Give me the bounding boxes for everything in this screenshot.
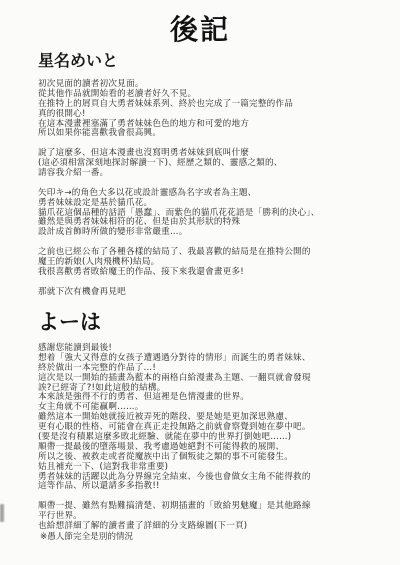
section-yoha: よーは 感謝您能讀到最後!想着「強大又得意的女孩子遭遇過分對待的情形」而誕生的勇… xyxy=(38,306,390,532)
text-line: 設計成首飾時所做的變形非常嚴重…。 xyxy=(38,228,390,238)
section-hoshina-meito: 星名めいと 初次見面的讀者初次見面。從其他作品就開始看的老讀者好久不見。在推特上… xyxy=(38,48,390,298)
author-1-text: 初次見面的讀者初次見面。從其他作品就開始看的老讀者好久不見。在推特上的屑頁自大勇… xyxy=(38,80,390,298)
text-line: 請容我介紹一番。 xyxy=(38,169,390,179)
author-name-2: よーは xyxy=(38,306,390,336)
april-fools-footnote: ※愚人節完全是別的情況 xyxy=(40,530,133,542)
page-title: 後記 xyxy=(0,8,400,48)
text-line: 順帶一提、雖然有點難搞清楚、初期插畫的「敗給男魅魔」是其他路線 xyxy=(38,502,390,512)
text-line: 所以如果你能喜歡我會很高興。 xyxy=(38,129,390,139)
author-name-1: 星名めいと xyxy=(38,48,390,71)
scan-artifact xyxy=(0,504,4,522)
text-line: 這等作品、所以還請多多指教!! xyxy=(38,482,390,492)
text-line: 在推特上的屑頁自大勇者妹妹系列、終於也完成了一篇完整的作品 xyxy=(38,100,390,110)
afterword-page: 後記 星名めいと 初次見面的讀者初次見面。從其他作品就開始看的老讀者好久不見。在… xyxy=(0,0,400,565)
text-line: 我很喜歡勇者敗給魔王的作品、接下來我還會畫更多! xyxy=(38,268,390,278)
author-2-text: 感謝您能讀到最後!想着「強大又得意的女孩子遭遇過分對待的情形」而誕生的勇者妹妹、… xyxy=(38,344,390,532)
text-line: 那就下次有機會再見吧 xyxy=(38,288,390,298)
